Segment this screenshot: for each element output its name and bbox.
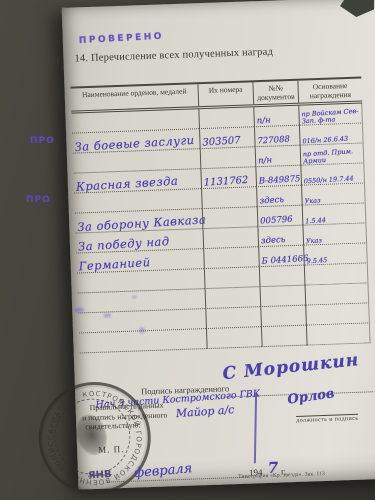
award-number: 303507 xyxy=(202,135,241,148)
award-doc: п/н xyxy=(258,155,273,166)
column-header-doc: №№ докумен­тов xyxy=(252,81,298,105)
certifier-rank: Майор а/с xyxy=(175,403,234,420)
section-heading: 14. Перечисление всех полученных наград xyxy=(74,47,273,65)
column-header-basis: Основание награждения xyxy=(297,78,362,102)
awards-table: Наименование орденов, медалей Их номера … xyxy=(70,76,370,353)
award-doc: здесь xyxy=(261,235,286,246)
award-doc: п/н xyxy=(256,116,271,127)
award-doc: 727088 xyxy=(257,135,290,147)
verified-stamp: ПРОВЕРЕНО xyxy=(79,32,165,46)
photo-of-award-record: ПРО ПРО ПРОВЕРЕНО 14. Перечисление всех … xyxy=(0,0,375,500)
document-paper: ПРОВЕРЕНО 14. Перечисление всех полученн… xyxy=(62,0,375,490)
column-header-name: Наименование орденов, медалей xyxy=(71,84,199,110)
award-doc: здесь xyxy=(259,195,284,206)
signature-flourish xyxy=(254,393,257,463)
stamped-month: ЯНВ xyxy=(88,469,112,482)
certifier-signature: Орлов xyxy=(287,386,336,407)
position-caption: должность и подпись xyxy=(296,414,358,424)
awardee-signature: С Морошкин xyxy=(222,350,360,384)
award-doc: В-849875 xyxy=(259,174,301,187)
margin-stamp-fragment: ПРО xyxy=(26,195,51,205)
award-doc: 005796 xyxy=(260,215,293,227)
award-number: 1131762 xyxy=(204,175,249,189)
column-header-number: Их номера xyxy=(197,82,253,106)
margin-stamp-fragment: ПРО xyxy=(30,136,55,146)
